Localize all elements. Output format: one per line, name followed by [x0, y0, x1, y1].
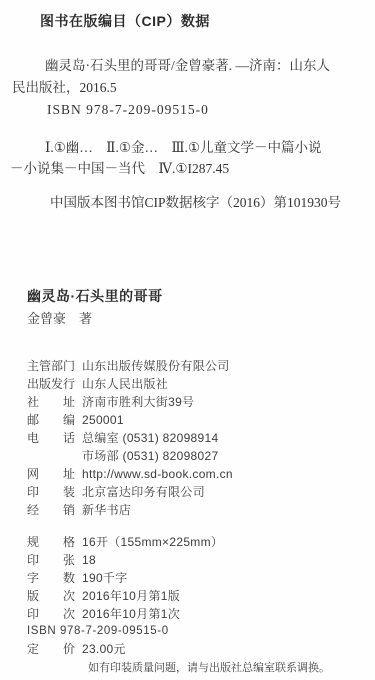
cip-heading: 图书在版编目（CIP）数据: [0, 0, 375, 30]
info-row-phone: 电 话 总编室 (0531) 82098914 市场部 (0531) 82098…: [0, 429, 375, 465]
info-value: 山东出版传媒股份有限公司: [82, 357, 375, 375]
book-author: 金曾豪 著: [0, 311, 375, 327]
info-value: 总编室 (0531) 82098914: [82, 429, 375, 447]
info-value: 山东人民出版社: [82, 375, 375, 393]
cip-classification-line: Ⅰ.①幽… Ⅱ.①金… Ⅲ.①儿童文学－中篇小说: [0, 137, 375, 158]
info-label: 定 价: [27, 640, 82, 658]
spec-row-format: 规 格 16开（155mm×225mm）: [0, 533, 375, 551]
info-value: 新华书店: [82, 501, 375, 519]
info-label: 电 话: [27, 429, 82, 447]
info-value: 济南市胜利大街39号: [82, 393, 375, 411]
info-row-website: 网 址 http://www.sd-book.com.cn: [0, 465, 375, 483]
info-row-publisher: 出版发行 山东人民出版社: [0, 375, 375, 393]
info-label: 规 格: [27, 533, 82, 551]
publication-info: 主管部门 山东出版传媒股份有限公司 出版发行 山东人民出版社 社 址 济南市胜利…: [0, 357, 375, 675]
info-label: 印 张: [27, 551, 82, 569]
info-value: 23.00元: [82, 640, 375, 658]
price-row: 定 价 23.00元: [0, 640, 375, 658]
info-value: 18: [82, 551, 375, 569]
info-row-postcode: 邮 编 250001: [0, 411, 375, 429]
info-label: 版 次: [27, 587, 82, 605]
book-title: 幽灵岛·石头里的哥哥: [0, 288, 375, 305]
spec-row-impression: 印 次 2016年10月第1次: [0, 605, 375, 623]
info-value: 16开（155mm×225mm）: [82, 533, 375, 551]
isbn-line: ISBN 978-7-209-09515-0: [0, 623, 375, 640]
cip-section: 图书在版编目（CIP）数据 幽灵岛·石头里的哥哥/金曾豪著. —济南：山东人 民…: [0, 0, 375, 211]
spec-row-edition: 版 次 2016年10月第1版: [0, 587, 375, 605]
spec-row-sheets: 印 张 18: [0, 551, 375, 569]
info-row-address: 社 址 济南市胜利大街39号: [0, 393, 375, 411]
cip-classification: Ⅰ.①幽… Ⅱ.①金… Ⅲ.①儿童文学－中篇小说 －小说集－中国－当代 Ⅳ.①I…: [0, 137, 375, 179]
cip-classification-line: －小说集－中国－当代 Ⅳ.①I287.45: [0, 158, 375, 179]
copyright-page: 图书在版编目（CIP）数据 幽灵岛·石头里的哥哥/金曾豪著. —济南：山东人 民…: [0, 0, 375, 680]
cip-registry-line: 中国版本图书馆CIP数据核字（2016）第101930号: [0, 194, 375, 211]
info-value-stack: 总编室 (0531) 82098914 市场部 (0531) 82098027: [82, 429, 375, 465]
info-row-printer: 印 装 北京富达印务有限公司: [0, 483, 375, 501]
info-label: 主管部门: [27, 357, 82, 375]
info-label: 网 址: [27, 465, 82, 483]
info-value: 市场部 (0531) 82098027: [82, 447, 375, 465]
cip-record-line: 民出版社，2016.5: [0, 77, 375, 99]
info-label: 社 址: [27, 393, 82, 411]
info-label: 出版发行: [27, 375, 82, 393]
info-value: 2016年10月第1次: [82, 605, 375, 623]
cip-record: 幽灵岛·石头里的哥哥/金曾豪著. —济南：山东人 民出版社，2016.5 ISB…: [0, 55, 375, 121]
info-label: 印 次: [27, 605, 82, 623]
info-label: 经 销: [27, 501, 82, 519]
info-value: 190千字: [82, 569, 375, 587]
spec-row-wordcount: 字 数 190千字: [0, 569, 375, 587]
cip-isbn-line: ISBN 978-7-209-09515-0: [0, 99, 375, 121]
info-label: 印 装: [27, 483, 82, 501]
info-value: 北京富达印务有限公司: [82, 483, 375, 501]
info-row-distributor: 经 销 新华书店: [0, 501, 375, 519]
section-gap: [0, 519, 375, 533]
info-value: 2016年10月第1版: [82, 587, 375, 605]
info-row-supervisor: 主管部门 山东出版传媒股份有限公司: [0, 357, 375, 375]
cip-record-line: 幽灵岛·石头里的哥哥/金曾豪著. —济南：山东人: [0, 55, 375, 77]
title-block: 幽灵岛·石头里的哥哥 金曾豪 著: [0, 288, 375, 327]
info-value: http://www.sd-book.com.cn: [82, 465, 375, 483]
quality-note: 如有印装质量问题，请与出版社总编室联系调换。: [0, 661, 375, 675]
info-label: 字 数: [27, 569, 82, 587]
info-label: 邮 编: [27, 411, 82, 429]
info-value: 250001: [82, 411, 375, 429]
